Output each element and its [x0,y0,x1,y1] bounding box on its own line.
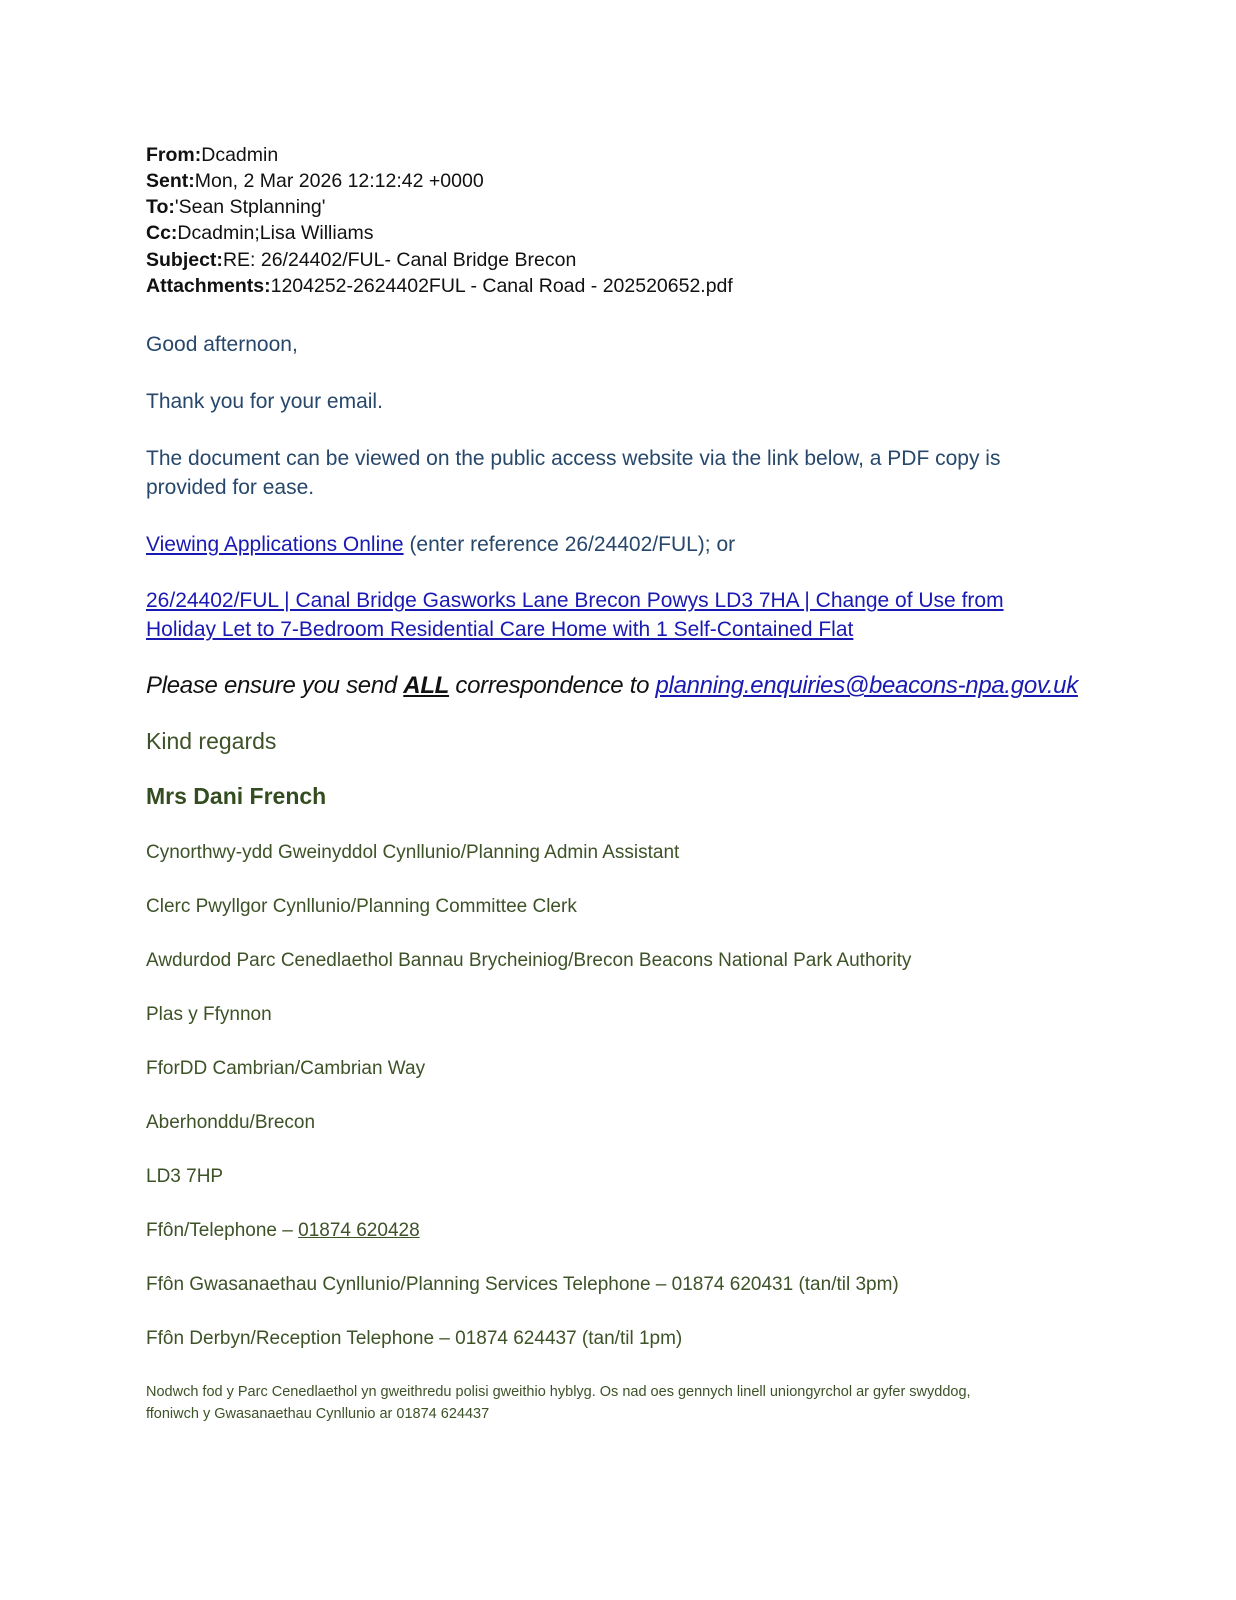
kind-regards: Kind regards [146,728,276,755]
sig-line-committee: Clerc Pwyllgor Cynllunio/Planning Commit… [146,896,577,918]
cc-value: Dcadmin;Lisa Williams [177,222,373,244]
flexible-working-notice: Nodwch fod y Parc Cenedlaethol yn gweith… [146,1381,1066,1425]
planning-email-link[interactable]: planning.enquiries@beacons-npa.gov.uk [655,672,1077,699]
from-label: From: [146,144,201,166]
footer-line-1: Nodwch fod y Parc Cenedlaethol yn gweith… [146,1381,1066,1403]
subject-label: Subject: [146,249,223,271]
from-row: From:Dcadmin [146,142,278,168]
reception-phone: Ffôn Derbyn/Reception Telephone – 01874 … [146,1328,682,1350]
thanks-line: Thank you for your email. [146,387,383,416]
sig-line-authority: Awdurdod Parc Cenedlaethol Bannau Bryche… [146,950,911,972]
telephone-link[interactable]: 01874 620428 [298,1220,420,1241]
attachments-label: Attachments: [146,275,271,297]
viewing-line: Viewing Applications Online (enter refer… [146,530,735,559]
sig-line-role: Cynorthwy-ydd Gweinyddol Cynllunio/Plann… [146,842,679,864]
to-row: To:'Sean Stplanning' [146,194,325,220]
sent-row: Sent:Mon, 2 Mar 2026 12:12:42 +0000 [146,168,484,194]
application-link-line-2[interactable]: Holiday Let to 7-Bedroom Residential Car… [146,615,853,644]
cc-row: Cc:Dcadmin;Lisa Williams [146,220,374,246]
sig-line-town: Aberhonddu/Brecon [146,1112,315,1134]
notice-prefix: Please ensure you send [146,672,403,699]
sig-line-street: FforDD Cambrian/Cambrian Way [146,1058,425,1080]
to-label: To: [146,196,175,218]
attachment-file[interactable]: 1204252-2624402FUL - Canal Road - 202520… [271,275,733,297]
info-line-1: The document can be viewed on the public… [146,444,1000,473]
from-value: Dcadmin [201,144,278,166]
to-value: 'Sean Stplanning' [175,196,326,218]
subject-value: RE: 26/24402/FUL- Canal Bridge Brecon [223,249,576,271]
correspondence-notice: Please ensure you send ALL correspondenc… [146,672,1078,700]
attachments-row: Attachments:1204252-2624402FUL - Canal R… [146,273,733,299]
planning-services-phone: Ffôn Gwasanaethau Cynllunio/Planning Ser… [146,1274,899,1296]
sig-line-postcode: LD3 7HP [146,1166,223,1188]
subject-row: Subject:RE: 26/24402/FUL- Canal Bridge B… [146,247,576,273]
sent-label: Sent: [146,170,195,192]
info-line-2: provided for ease. [146,473,314,502]
sender-name: Mrs Dani French [146,783,326,810]
notice-emphasis: ALL [403,672,449,699]
sig-line-building: Plas y Ffynnon [146,1004,272,1026]
cc-label: Cc: [146,222,177,244]
viewing-applications-link[interactable]: Viewing Applications Online [146,533,404,556]
sent-value: Mon, 2 Mar 2026 12:12:42 +0000 [195,170,484,192]
application-link-line-1[interactable]: 26/24402/FUL | Canal Bridge Gasworks Lan… [146,586,1004,615]
footer-line-2: ffoniwch y Gwasanaethau Cynllunio ar 018… [146,1403,1066,1425]
greeting: Good afternoon, [146,330,298,359]
notice-middle: correspondence to [449,672,655,699]
viewing-suffix: (enter reference 26/24402/FUL); or [404,533,736,556]
telephone-label: Ffôn/Telephone – [146,1220,298,1241]
telephone-line: Ffôn/Telephone – 01874 620428 [146,1220,420,1242]
